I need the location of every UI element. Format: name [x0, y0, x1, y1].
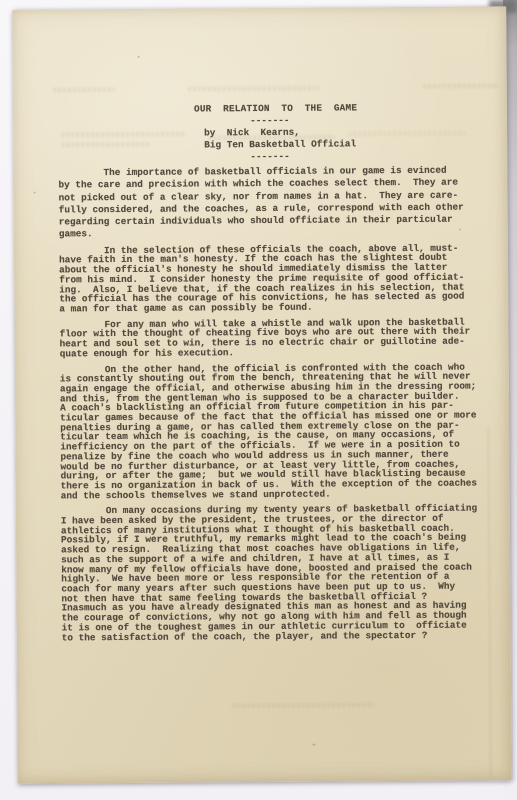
document-title: OUR RELATION TO THE GAME [194, 102, 357, 115]
paragraph: On the other hand, the official is confr… [60, 362, 493, 501]
dust-speck [312, 744, 315, 746]
bleed-through-smudge [188, 86, 320, 92]
document-heading: OUR RELATION TO THE GAME ------- by Nick… [58, 102, 358, 164]
byline: by Nick Kearns, [204, 126, 357, 139]
heading-divider-bottom: ------- [250, 150, 357, 163]
document-body: The importance of basketball officials i… [58, 164, 493, 648]
typewritten-page: OUR RELATION TO THE GAME ------- by Nick… [12, 6, 511, 783]
paragraph: For any man who will take a whistle and … [59, 317, 491, 359]
text-line: a man for that game as can possibly be f… [59, 301, 491, 314]
byline-affiliation: Big Ten Basketball Official [204, 138, 357, 151]
bleed-through-smudge [232, 702, 374, 708]
bleed-through-smudge [423, 83, 499, 89]
text-line: quate enough for his execution. [60, 346, 492, 359]
text-line: to the satisfaction of the coach, the pl… [62, 630, 494, 643]
bleed-through-smudge [348, 131, 466, 137]
paragraph: The importance of basketball officials i… [58, 164, 491, 241]
dust-speck [138, 56, 140, 58]
paragraph: In the selection of these officials the … [59, 243, 491, 314]
heading-divider-top: ------- [250, 114, 357, 127]
paragraph: On many occasions during my twenty years… [61, 504, 494, 643]
text-line: games. [59, 226, 491, 241]
bleed-through-smudge [53, 87, 115, 92]
text-line: and the schools themselves we stand unpr… [61, 488, 493, 501]
dust-speck [34, 192, 36, 194]
